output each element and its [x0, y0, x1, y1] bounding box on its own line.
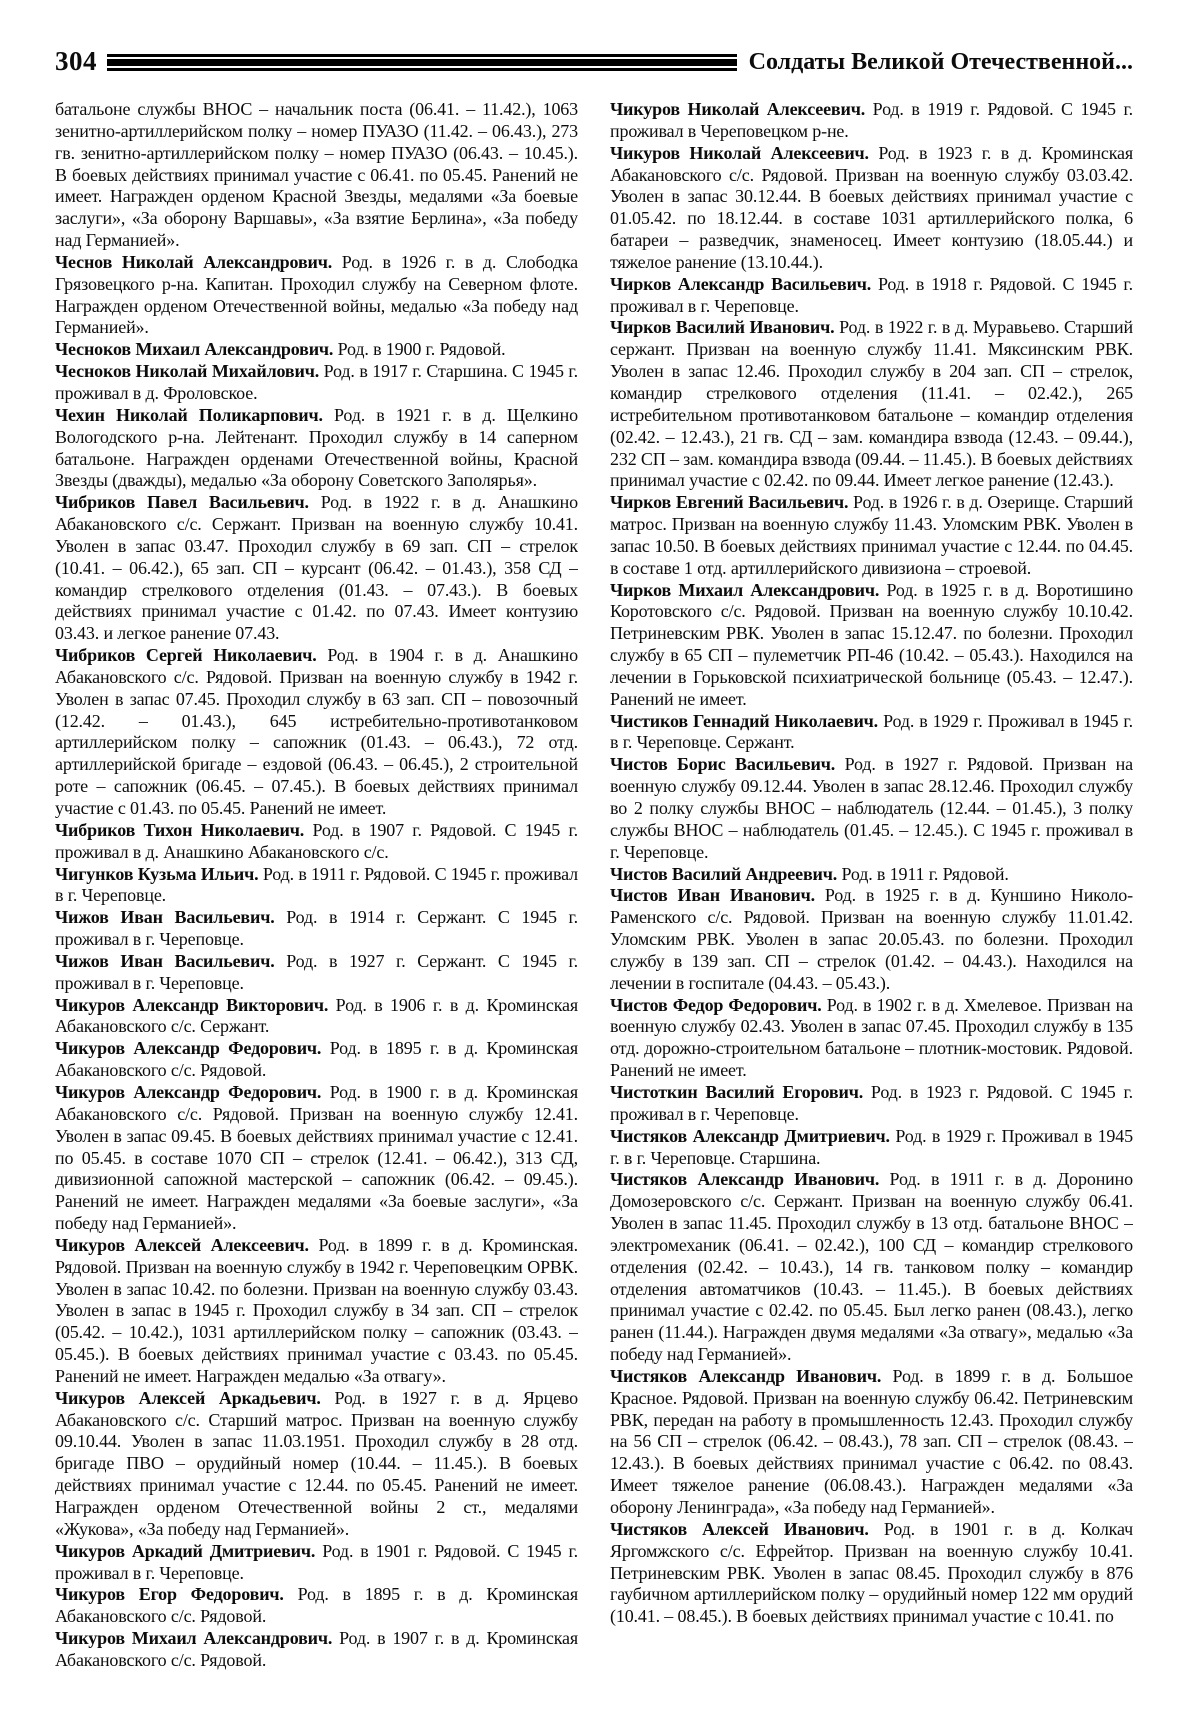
entry: Чистяков Алексей Иванович. Род. в 1901 г… — [610, 1519, 1133, 1628]
page-header: 304 Солдаты Великой Отечественной... — [55, 48, 1133, 75]
entry: Чистяков Александр Иванович. Род. в 1911… — [610, 1169, 1133, 1366]
entry-text: Род. в 1911 г. Рядовой. — [841, 864, 1008, 884]
entry: Чикуров Алексей Алексеевич. Род. в 1899 … — [55, 1235, 578, 1388]
entry-name: Чикуров Николай Алексеевич. — [610, 99, 865, 119]
entry-text: Род. в 1900 г. в д. Кроминская Абакановс… — [55, 1082, 578, 1233]
entry: Чижов Иван Васильевич. Род. в 1927 г. Се… — [55, 951, 578, 995]
entry-name: Чикуров Николай Алексеевич. — [610, 143, 869, 163]
entry: Чистяков Александр Иванович. Род. в 1899… — [610, 1366, 1133, 1519]
entry: Чижов Иван Васильевич. Род. в 1914 г. Се… — [55, 907, 578, 951]
entry-name: Чирков Михаил Александрович. — [610, 580, 879, 600]
entry: Чибриков Тихон Николаевич. Род. в 1907 г… — [55, 820, 578, 864]
entry-name: Чигунков Кузьма Ильич. — [55, 864, 258, 884]
entry-name: Чистов Василий Андреевич. — [610, 864, 837, 884]
entry-name: Чирков Евгений Васильевич. — [610, 492, 848, 512]
entry-name: Чикуров Егор Федорович. — [55, 1584, 284, 1604]
entry-name: Чикуров Александр Викторович. — [55, 995, 328, 1015]
entry-name: Чирков Василий Иванович. — [610, 317, 835, 337]
header-rule-thick — [107, 59, 737, 66]
entry-name: Чистяков Алексей Иванович. — [610, 1519, 869, 1539]
book-page: 304 Солдаты Великой Отечественной... бат… — [0, 0, 1185, 1716]
entry-name: Чесноков Михаил Александрович. — [55, 339, 333, 359]
column-left: батальоне службы ВНОС – начальник поста … — [55, 99, 578, 1684]
entry: Чибриков Павел Васильевич. Род. в 1922 г… — [55, 492, 578, 645]
entry-text: Род. в 1900 г. Рядовой. — [338, 339, 506, 359]
entry-text: Род. в 1911 г. в д. Доронино Домозеровск… — [610, 1169, 1133, 1364]
entry: Чистяков Александр Дмитриевич. Род. в 19… — [610, 1126, 1133, 1170]
entry: Чирков Евгений Васильевич. Род. в 1926 г… — [610, 492, 1133, 579]
entry-text: Род. в 1899 г. в д. Большое Красное. Ряд… — [610, 1366, 1133, 1517]
entry-name: Чехин Николай Поликарпович. — [55, 405, 323, 425]
entry-name: Чибриков Павел Васильевич. — [55, 492, 309, 512]
entry-name: Чикуров Алексей Аркадьевич. — [55, 1388, 321, 1408]
entry-name: Чеснов Николай Александрович. — [55, 252, 332, 272]
entry-name: Чистов Федор Федорович. — [610, 995, 822, 1015]
entry-name: Чистов Борис Васильевич. — [610, 754, 835, 774]
entry-name: Чибриков Сергей Николаевич. — [55, 645, 317, 665]
entry: Чибриков Сергей Николаевич. Род. в 1904 … — [55, 645, 578, 820]
entry: Чесноков Михаил Александрович. Род. в 19… — [55, 339, 578, 361]
running-title: Солдаты Великой Отечественной... — [749, 50, 1133, 74]
entry: Чистов Иван Иванович. Род. в 1925 г. в д… — [610, 885, 1133, 994]
entry: Чикуров Егор Федорович. Род. в 1895 г. в… — [55, 1584, 578, 1628]
header-rule-thin-bottom — [107, 68, 737, 71]
entry-text: Род. в 1904 г. в д. Анашкино Абакановско… — [55, 645, 578, 818]
header-rule — [107, 52, 737, 71]
entry-text: Род. в 1922 г. в д. Муравьево. Старший с… — [610, 317, 1133, 490]
entry: Чистов Василий Андреевич. Род. в 1911 г.… — [610, 864, 1133, 886]
entry: Чистов Федор Федорович. Род. в 1902 г. в… — [610, 995, 1133, 1082]
entry-name: Чистяков Александр Иванович. — [610, 1169, 879, 1189]
entry-name: Чистиков Геннадий Николаевич. — [610, 711, 878, 731]
entry-name: Чикуров Аркадий Дмитриевич. — [55, 1541, 315, 1561]
entry: Чирков Александр Васильевич. Род. в 1918… — [610, 274, 1133, 318]
entry-name: Чижов Иван Васильевич. — [55, 951, 275, 971]
entry: Чикуров Александр Федорович. Род. в 1895… — [55, 1038, 578, 1082]
entry: Чикуров Аркадий Дмитриевич. Род. в 1901 … — [55, 1541, 578, 1585]
entry: Чистиков Геннадий Николаевич. Род. в 192… — [610, 711, 1133, 755]
entry-text: батальоне службы ВНОС – начальник поста … — [55, 99, 578, 250]
entry-name: Чикуров Алексей Алексеевич. — [55, 1235, 309, 1255]
entry-name: Чикуров Александр Федорович. — [55, 1082, 321, 1102]
entry: Чикуров Александр Викторович. Род. в 190… — [55, 995, 578, 1039]
entry: Чистов Борис Васильевич. Род. в 1927 г. … — [610, 754, 1133, 863]
entry: Чирков Василий Иванович. Род. в 1922 г. … — [610, 317, 1133, 492]
entry-text: Род. в 1922 г. в д. Анашкино Абакановско… — [55, 492, 578, 643]
entry: Чикуров Николай Алексеевич. Род. в 1919 … — [610, 99, 1133, 143]
entry-text: Род. в 1927 г. в д. Ярцево Абакановского… — [55, 1388, 578, 1539]
entry: Чирков Михаил Александрович. Род. в 1925… — [610, 580, 1133, 711]
entry-name: Чикуров Михаил Александрович. — [55, 1628, 332, 1648]
text-columns: батальоне службы ВНОС – начальник поста … — [55, 99, 1133, 1684]
entry: Чикуров Александр Федорович. Род. в 1900… — [55, 1082, 578, 1235]
entry-name: Чистяков Александр Иванович. — [610, 1366, 881, 1386]
page-number: 304 — [55, 48, 97, 75]
entry: Чикуров Михаил Александрович. Род. в 190… — [55, 1628, 578, 1672]
entry-name: Чикуров Александр Федорович. — [55, 1038, 321, 1058]
entry: Чеснов Николай Александрович. Род. в 192… — [55, 252, 578, 339]
column-right: Чикуров Николай Алексеевич. Род. в 1919 … — [610, 99, 1133, 1684]
entry-name: Чистоткин Василий Егорович. — [610, 1082, 863, 1102]
entry-text: Род. в 1899 г. в д. Кроминская. Рядовой.… — [55, 1235, 578, 1386]
entry-name: Чистяков Александр Дмитриевич. — [610, 1126, 890, 1146]
entry: Чехин Николай Поликарпович. Род. в 1921 … — [55, 405, 578, 492]
entry-name: Чесноков Николай Михайлович. — [55, 361, 319, 381]
entry-name: Чижов Иван Васильевич. — [55, 907, 275, 927]
header-rule-thin-top — [107, 54, 737, 57]
entry: Чигунков Кузьма Ильич. Род. в 1911 г. Ря… — [55, 864, 578, 908]
entry: Чистоткин Василий Егорович. Род. в 1923 … — [610, 1082, 1133, 1126]
entry: Чесноков Николай Михайлович. Род. в 1917… — [55, 361, 578, 405]
entry-name: Чибриков Тихон Николаевич. — [55, 820, 304, 840]
entry: Чикуров Алексей Аркадьевич. Род. в 1927 … — [55, 1388, 578, 1541]
entry: батальоне службы ВНОС – начальник поста … — [55, 99, 578, 252]
entry: Чикуров Николай Алексеевич. Род. в 1923 … — [610, 143, 1133, 274]
entry-name: Чистов Иван Иванович. — [610, 885, 815, 905]
entry-name: Чирков Александр Васильевич. — [610, 274, 871, 294]
